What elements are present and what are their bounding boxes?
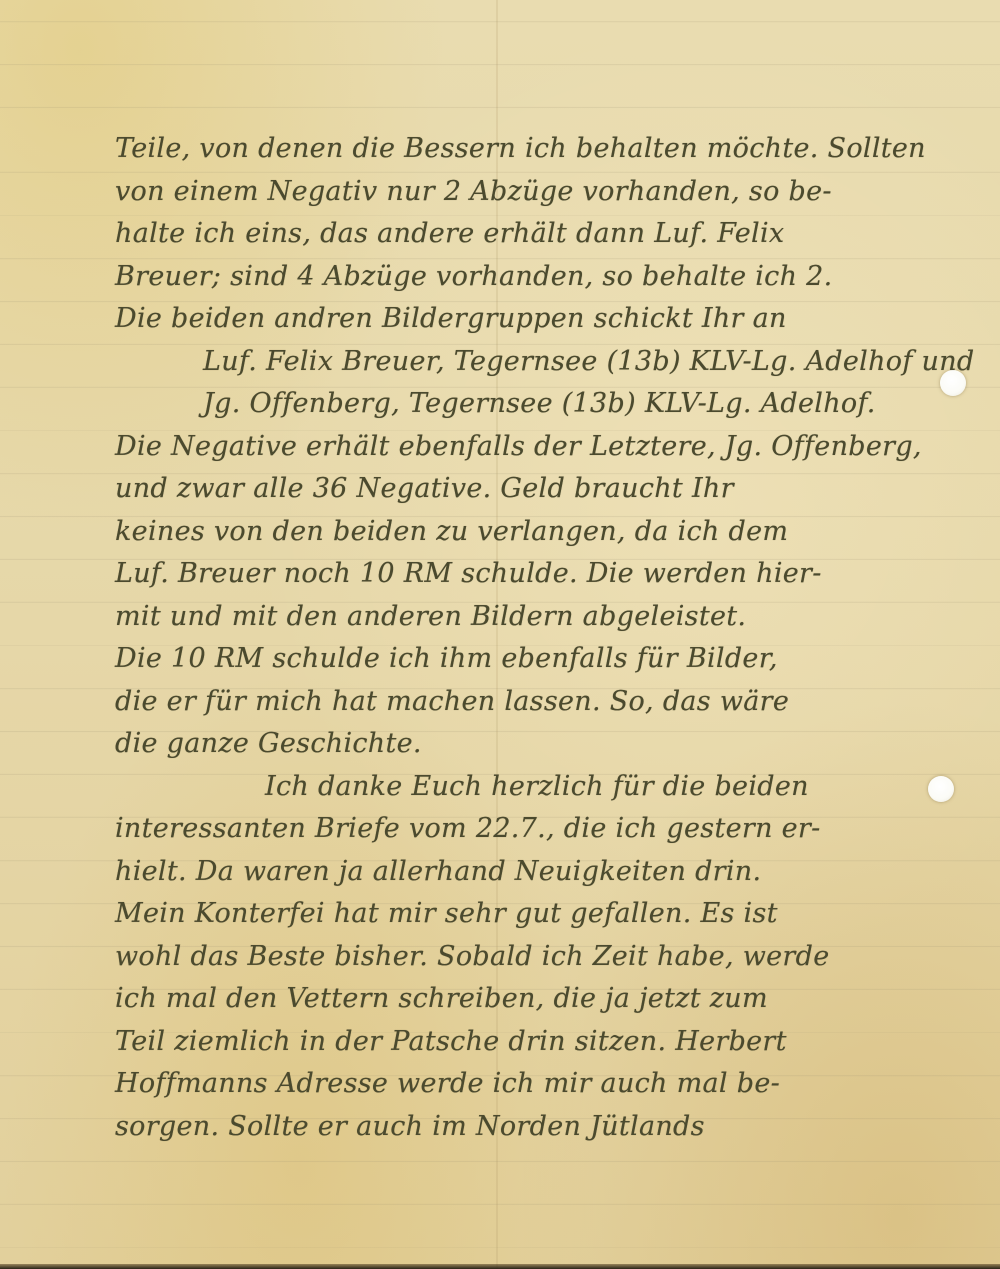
handwritten-line: Teil ziemlich in der Patsche drin sitzen… (115, 1021, 975, 1064)
handwritten-line: interessanten Briefe vom 22.7., die ich … (115, 808, 975, 851)
handwritten-line: halte ich eins, das andere erhält dann L… (115, 213, 975, 256)
letter-page: Teile, von denen die Bessern ich behalte… (0, 0, 1000, 1269)
handwritten-line: Mein Konterfei hat mir sehr gut gefallen… (115, 893, 975, 936)
handwritten-line: keines von den beiden zu verlangen, da i… (115, 511, 975, 554)
handwritten-line: Ich danke Euch herzlich für die beiden (115, 766, 975, 809)
handwritten-line: hielt. Da waren ja allerhand Neuigkeiten… (115, 851, 975, 894)
handwritten-line: Die 10 RM schulde ich ihm ebenfalls für … (115, 638, 975, 681)
handwritten-line: von einem Negativ nur 2 Abzüge vorhanden… (115, 171, 975, 214)
handwritten-line: Die Negative erhält ebenfalls der Letzte… (115, 426, 975, 469)
handwritten-line: Die beiden andren Bildergruppen schickt … (115, 298, 975, 341)
handwritten-line: und zwar alle 36 Negative. Geld braucht … (115, 468, 975, 511)
handwritten-line: mit und mit den anderen Bildern abgeleis… (115, 596, 975, 639)
handwritten-line: Breuer; sind 4 Abzüge vorhanden, so beha… (115, 256, 975, 299)
handwritten-line: Hoffmanns Adresse werde ich mir auch mal… (115, 1063, 975, 1106)
handwritten-line: die er für mich hat machen lassen. So, d… (115, 681, 975, 724)
paper-bottom-edge (0, 1264, 1000, 1269)
handwritten-line: Jg. Offenberg, Tegernsee (13b) KLV-Lg. A… (115, 383, 975, 426)
handwritten-line: Luf. Felix Breuer, Tegernsee (13b) KLV-L… (115, 341, 975, 384)
letter-body: Teile, von denen die Bessern ich behalte… (115, 128, 975, 1148)
handwritten-line: sorgen. Sollte er auch im Norden Jütland… (115, 1106, 975, 1149)
handwritten-line: Luf. Breuer noch 10 RM schulde. Die werd… (115, 553, 975, 596)
handwritten-line: wohl das Beste bisher. Sobald ich Zeit h… (115, 936, 975, 979)
handwritten-line: Teile, von denen die Bessern ich behalte… (115, 128, 975, 171)
handwritten-line: ich mal den Vettern schreiben, die ja je… (115, 978, 975, 1021)
handwritten-line: die ganze Geschichte. (115, 723, 975, 766)
